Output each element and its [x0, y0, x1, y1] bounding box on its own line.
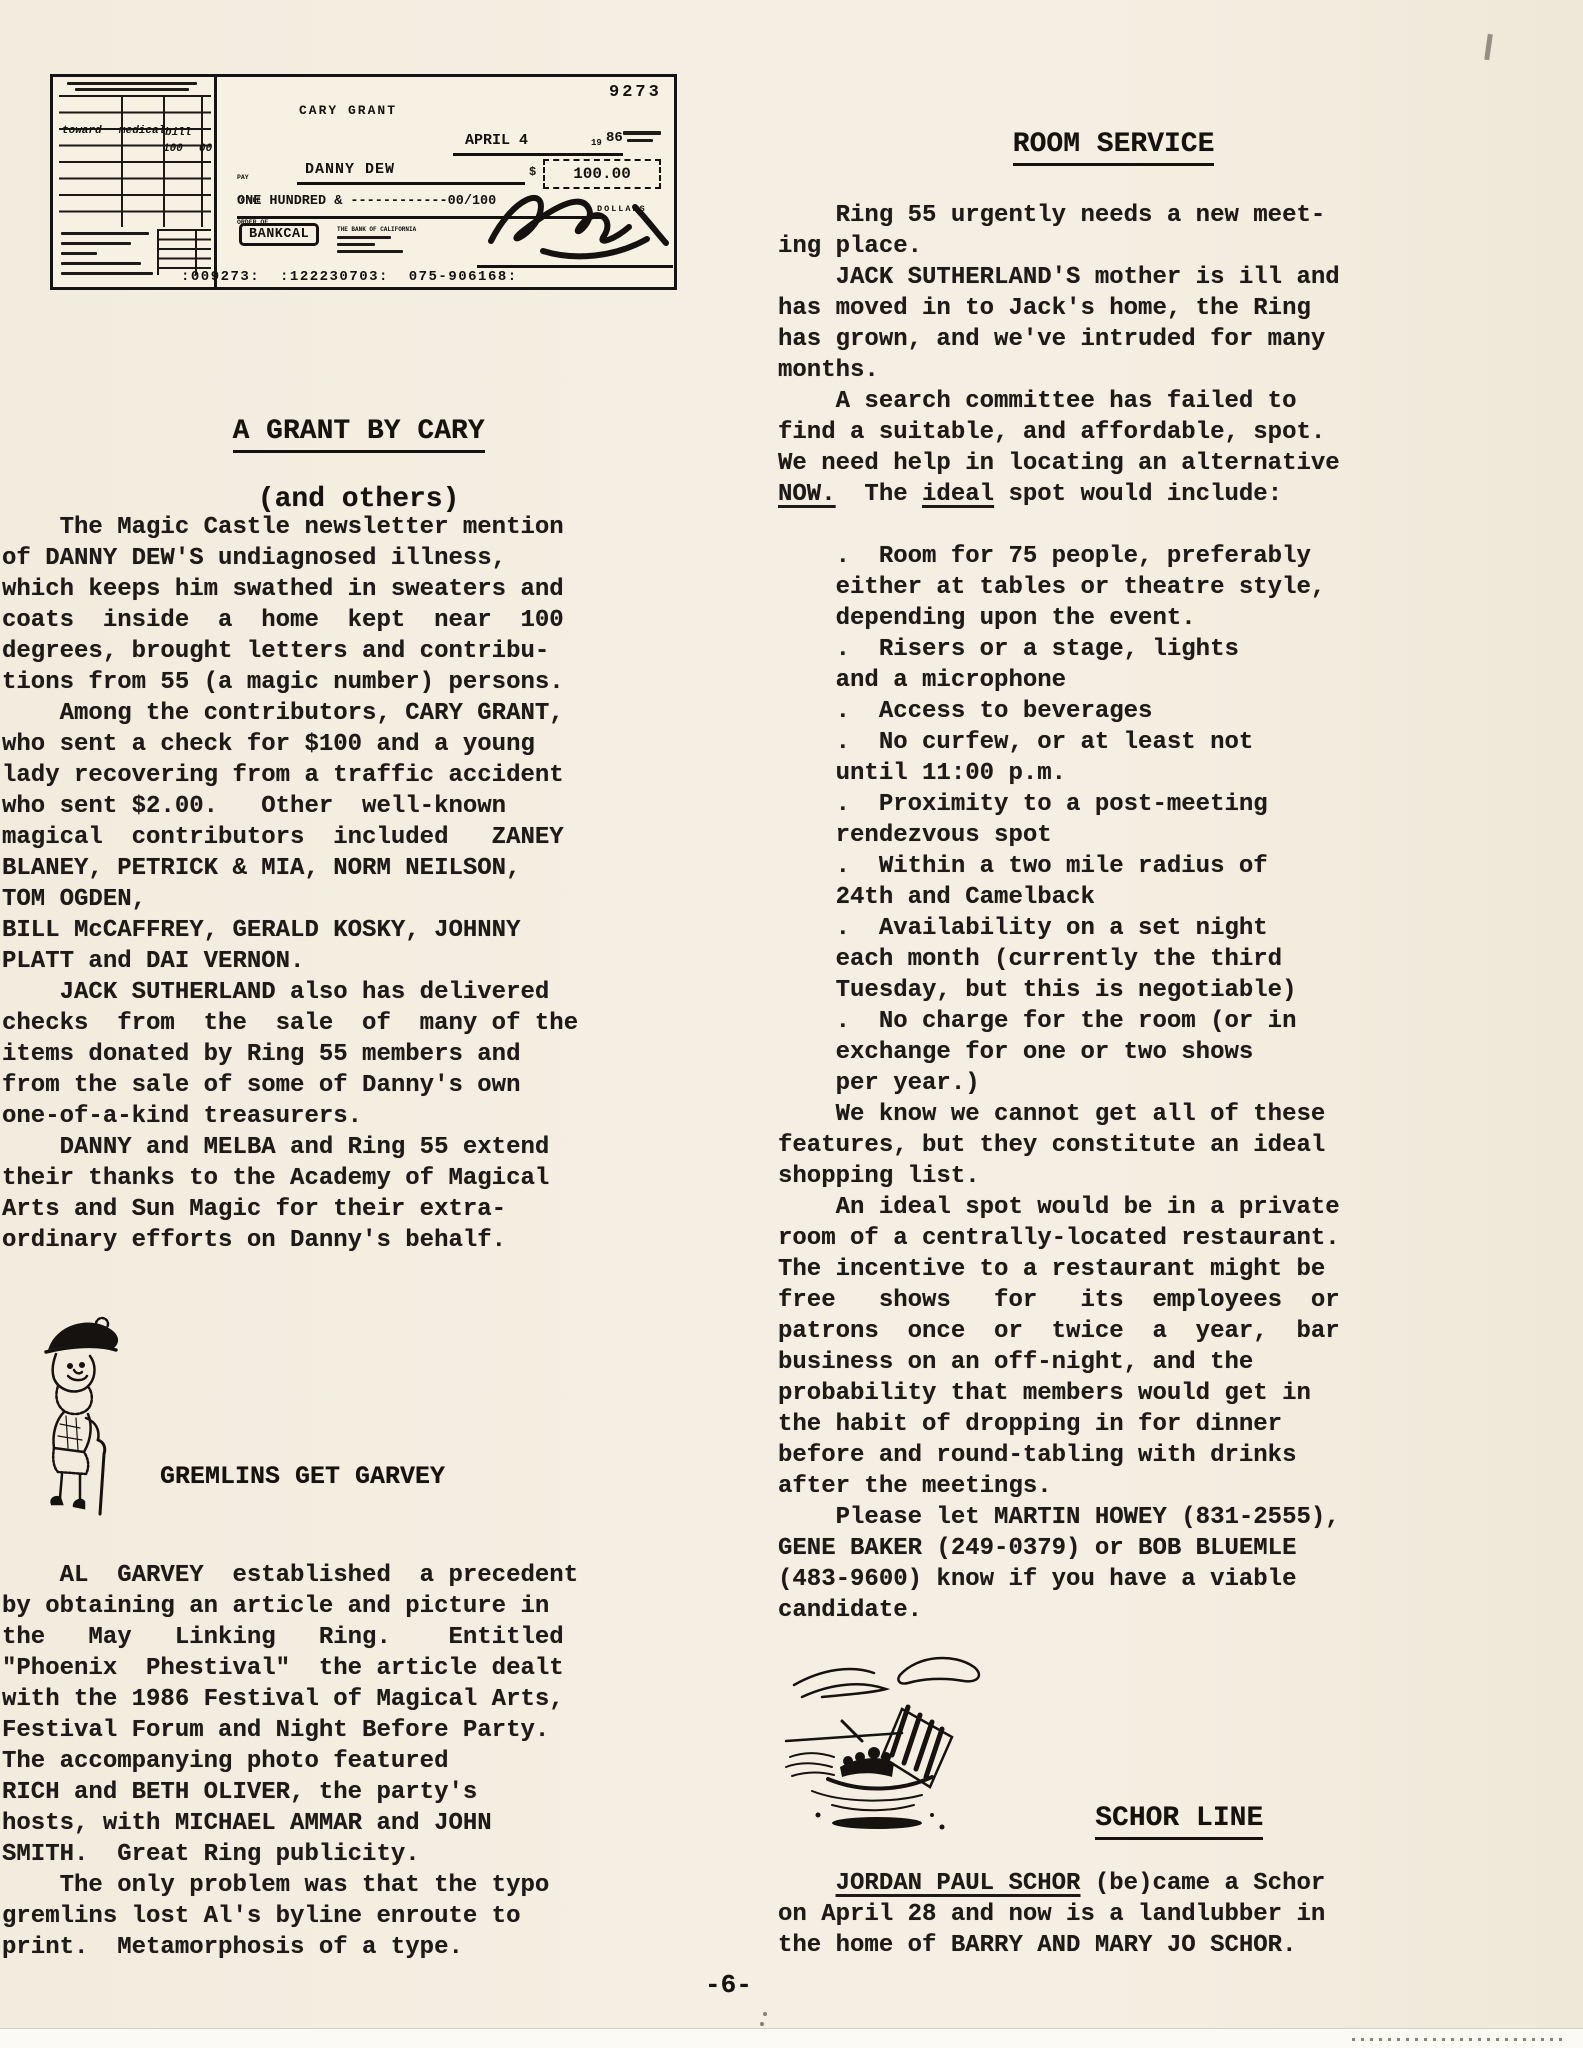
text-line: business on an off-night, and the [778, 1347, 1340, 1378]
text-line: each month (currently the third [778, 944, 1340, 975]
text-line: features, but they constitute an ideal [778, 1130, 1340, 1161]
text-line: "Phoenix Phestival" the article dealt [2, 1653, 578, 1684]
text-line: which keeps him swathed in sweaters and [2, 574, 578, 605]
text-line: has grown, and we've intruded for many [778, 324, 1340, 355]
text-line: The only problem was that the typo [2, 1870, 578, 1901]
text-line: hosts, with MICHAEL AMMAR and JOHN [2, 1808, 578, 1839]
room-service-title: ROOM SERVICE [1013, 129, 1215, 166]
stub-fineprint-bar [75, 88, 189, 91]
text-line: (483-9600) know if you have a viable [778, 1564, 1340, 1595]
text-line: lady recovering from a traffic accident [2, 760, 578, 791]
gremlin-illustration [40, 1312, 140, 1522]
text-line: . Within a two mile radius of [778, 851, 1340, 882]
text-line: who sent a check for $100 and a young [2, 729, 578, 760]
signature-line [477, 265, 673, 268]
bank-address-bar [337, 236, 391, 239]
text-line: who sent $2.00. Other well-known [2, 791, 578, 822]
stub-label-bar [61, 262, 141, 265]
routing-fraction-bar [623, 131, 661, 135]
gremlins-article-body: AL GARVEY established a precedentby obta… [2, 1560, 578, 1963]
pay-to-line: PAY [237, 174, 268, 182]
text-line: degrees, brought letters and contribu- [2, 636, 578, 667]
stub-fineprint-bar [67, 82, 197, 85]
room-service-body: Ring 55 urgently needs a new meet-ing pl… [778, 200, 1340, 1626]
stub-label-bar [61, 232, 149, 235]
text-line: on April 28 and now is a landlubber in [778, 1899, 1325, 1930]
text-line: and a microphone [778, 665, 1340, 696]
stub-grid-line [163, 95, 165, 227]
text-line: SMITH. Great Ring publicity. [2, 1839, 578, 1870]
date-line [453, 153, 623, 156]
text-line: find a suitable, and affordable, spot. [778, 417, 1340, 448]
text-line: by obtaining an article and picture in [2, 1591, 578, 1622]
text-line: months. [778, 355, 1340, 386]
text-line: per year.) [778, 1068, 1340, 1099]
text-line: An ideal spot would be in a private [778, 1192, 1340, 1223]
bank-name: THE BANK OF CALIFORNIA [337, 226, 416, 233]
text-line: Among the contributors, CARY GRANT, [2, 698, 578, 729]
text-line: . Proximity to a post-meeting [778, 789, 1340, 820]
scanned-newsletter-page: toward medical bill 100 00 9273 CARY GRA… [0, 0, 1583, 2048]
check-number: 9273 [609, 83, 662, 102]
text-line: RICH and BETH OLIVER, the party's [2, 1777, 578, 1808]
schor-line-title: SCHOR LINE [1095, 1803, 1263, 1840]
bank-address-bar [337, 243, 375, 246]
grant-article-subtitle: (and others) [258, 484, 460, 515]
stub-grid-line [201, 95, 203, 227]
text-line: from the sale of some of Danny's own [2, 1070, 578, 1101]
text-line: magical contributors included ZANEY [2, 822, 578, 853]
text-line: probability that members would get in [778, 1378, 1340, 1409]
scan-artifact [1484, 34, 1493, 60]
text-line: Arts and Sun Magic for their extra- [2, 1194, 578, 1225]
text-line: . No charge for the room (or in [778, 1006, 1340, 1037]
amount-words: ONE HUNDRED & ------------00/100 [237, 194, 496, 209]
text-line: BILL McCAFFREY, GERALD KOSKY, JOHNNY [2, 915, 578, 946]
text-line: Festival Forum and Night Before Party. [2, 1715, 578, 1746]
boat-illustration [782, 1645, 1012, 1850]
text-line: . No curfew, or at least not [778, 727, 1340, 758]
check-register-stub: toward medical bill 100 00 [53, 77, 217, 287]
text-line: We need help in locating an alternative [778, 448, 1340, 479]
text-line: patrons once or twice a year, bar [778, 1316, 1340, 1347]
text-line: items donated by Ring 55 members and [2, 1039, 578, 1070]
text-line: JACK SUTHERLAND also has delivered [2, 977, 578, 1008]
stub-grid-line [157, 229, 159, 275]
text-line: PLATT and DAI VERNON. [2, 946, 578, 977]
text-line: Ring 55 urgently needs a new meet- [778, 200, 1340, 231]
grant-article-title: A GRANT BY CARY [233, 416, 485, 453]
text-line: ing place. [778, 231, 1340, 262]
text-line: ordinary efforts on Danny's behalf. [2, 1225, 578, 1256]
scan-artifact [763, 2012, 767, 2016]
text-line: NOW. The ideal spot would include: [778, 479, 1340, 510]
scan-artifact [1352, 2038, 1562, 2041]
schor-article-body: JORDAN PAUL SCHOR (be)came a Schoron Apr… [778, 1868, 1325, 1961]
text-line: room of a centrally-located restaurant. [778, 1223, 1340, 1254]
text-line: the home of BARRY AND MARY JO SCHOR. [778, 1930, 1325, 1961]
text-line: The incentive to a restaurant might be [778, 1254, 1340, 1285]
stub-entry-bill: bill [165, 127, 191, 139]
text-line: of DANNY DEW'S undiagnosed illness, [2, 543, 578, 574]
dollar-sign: $ [529, 165, 536, 179]
text-line: either at tables or theatre style, [778, 572, 1340, 603]
text-line: free shows for its employees or [778, 1285, 1340, 1316]
routing-fraction-bar [627, 139, 653, 142]
text-line: after the meetings. [778, 1471, 1340, 1502]
text-line: AL GARVEY established a precedent [2, 1560, 578, 1591]
text-line: coats inside a home kept near 100 [2, 605, 578, 636]
stub-entry-medical: medical [119, 125, 165, 137]
schor-line-title-block: SCHOR LINE [1028, 1772, 1263, 1871]
scan-artifact [760, 2022, 764, 2026]
text-line: The accompanying photo featured [2, 1746, 578, 1777]
date-printed-19: 19 [591, 138, 602, 148]
payer-name: CARY GRANT [299, 103, 397, 118]
grant-article-body: The Magic Castle newsletter mentionof DA… [2, 512, 578, 1256]
text-line: rendezvous spot [778, 820, 1340, 851]
bank-logo: BANKCAL [239, 223, 319, 246]
text-line [778, 510, 1340, 541]
text-line: The Magic Castle newsletter mention [2, 512, 578, 543]
payee-name: DANNY DEW [305, 161, 395, 178]
text-line: BLANEY, PETRICK & MIA, NORM NEILSON, [2, 853, 578, 884]
text-line: . Access to beverages [778, 696, 1340, 727]
bank-address-bar [337, 250, 403, 253]
text-line: DANNY and MELBA and Ring 55 extend [2, 1132, 578, 1163]
text-line: shopping list. [778, 1161, 1340, 1192]
stub-grid-line [121, 95, 123, 227]
text-line: TOM OGDEN, [2, 884, 578, 915]
room-service-title-block: ROOM SERVICE [880, 98, 1280, 197]
text-line: checks from the sale of many of the [2, 1008, 578, 1039]
text-line: . Availability on a set night [778, 913, 1340, 944]
stub-label-bar [61, 242, 131, 245]
page-number: -6- [705, 1970, 752, 2000]
scan-edge-band [0, 2028, 1583, 2048]
text-line: exchange for one or two shows [778, 1037, 1340, 1068]
text-line: until 11:00 p.m. [778, 758, 1340, 789]
text-line: with the 1986 Festival of Magical Arts, [2, 1684, 578, 1715]
text-line: the habit of dropping in for dinner [778, 1409, 1340, 1440]
text-line: has moved in to Jack's home, the Ring [778, 293, 1340, 324]
text-line: Please let MARTIN HOWEY (831-2555), [778, 1502, 1340, 1533]
text-line: their thanks to the Academy of Magical [2, 1163, 578, 1194]
text-line: GENE BAKER (249-0379) or BOB BLUEMLE [778, 1533, 1340, 1564]
text-line: . Risers or a stage, lights [778, 634, 1340, 665]
text-line: A search committee has failed to [778, 386, 1340, 417]
text-line: tions from 55 (a magic number) persons. [2, 667, 578, 698]
text-line: the May Linking Ring. Entitled [2, 1622, 578, 1653]
text-line: We know we cannot get all of these [778, 1099, 1340, 1130]
check-date: APRIL 4 [465, 132, 528, 149]
text-line: . Room for 75 people, preferably [778, 541, 1340, 572]
text-line: gremlins lost Al's byline enroute to [2, 1901, 578, 1932]
text-line: one-of-a-kind treasurers. [2, 1101, 578, 1132]
text-line: JACK SUTHERLAND'S mother is ill and [778, 262, 1340, 293]
text-line: candidate. [778, 1595, 1340, 1626]
stub-label-bar [61, 272, 153, 275]
text-line: Tuesday, but this is negotiable) [778, 975, 1340, 1006]
stub-amount-dollars: 100 [163, 143, 183, 155]
text-line: JORDAN PAUL SCHOR (be)came a Schor [778, 1868, 1325, 1899]
signature [483, 179, 673, 269]
stub-amount-cents: 00 [199, 143, 212, 155]
micr-line: :009273: :122230703: 075-906168: [181, 269, 518, 285]
stub-label-bar [61, 252, 97, 255]
text-line: before and round-tabling with drinks [778, 1440, 1340, 1471]
stub-entry-toward: toward [62, 125, 102, 137]
text-line: 24th and Camelback [778, 882, 1340, 913]
gremlins-article-title: GREMLINS GET GARVEY [160, 1462, 445, 1491]
stub-grid [59, 95, 211, 227]
text-line: print. Metamorphosis of a type. [2, 1932, 578, 1963]
check-image: toward medical bill 100 00 9273 CARY GRA… [50, 74, 677, 290]
text-line: depending upon the event. [778, 603, 1340, 634]
date-year: 86 [606, 130, 623, 146]
